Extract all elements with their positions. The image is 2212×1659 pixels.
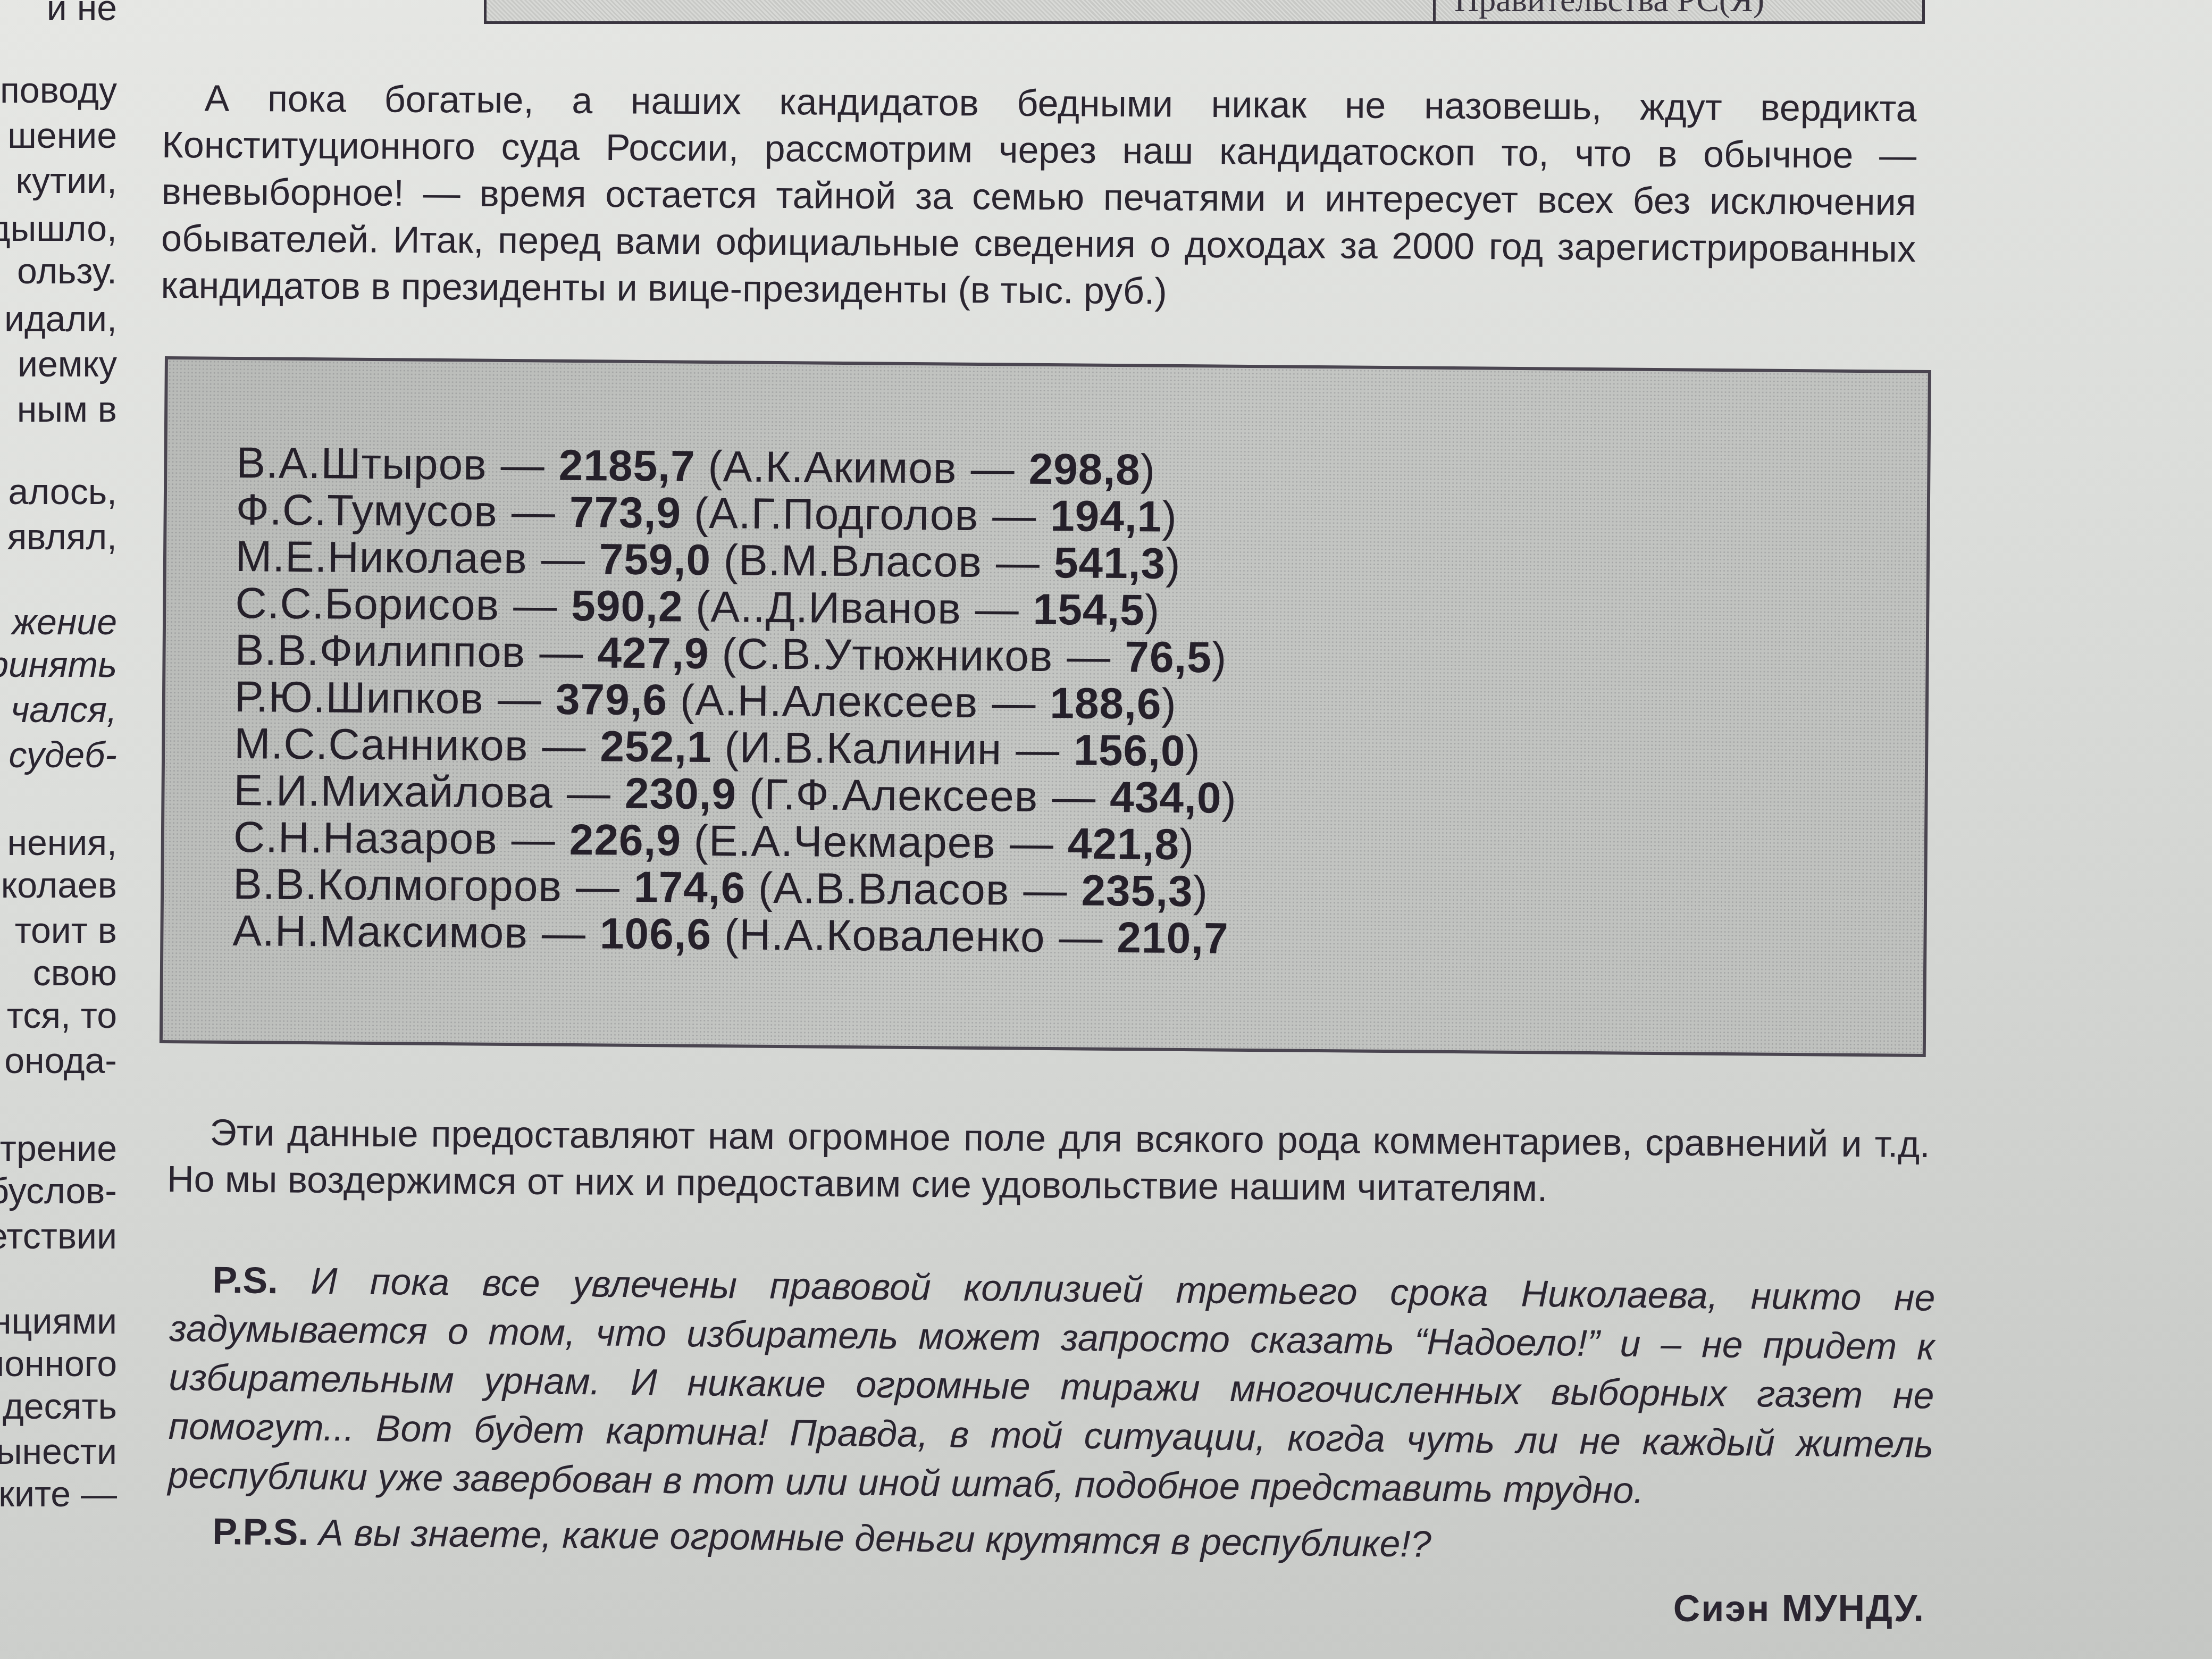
candidate-income: 226,9	[569, 816, 681, 865]
left-column-line: десять	[3, 1385, 117, 1428]
dash: —	[992, 492, 1037, 540]
vice-open: (	[709, 630, 737, 678]
left-column-line: ките —	[0, 1473, 117, 1515]
left-column-fragment: и неповодушениекутии,дышло,ользу.идали,и…	[0, 0, 122, 1659]
candidate-income: 427,9	[597, 629, 709, 678]
candidate-income: 590,2	[571, 582, 683, 631]
left-column-line: алось,	[9, 471, 117, 513]
vice-name: А.К.Акимов	[723, 442, 957, 492]
vice-close: )	[1162, 493, 1177, 541]
vice-close: )	[1221, 774, 1237, 823]
candidate-income: 759,0	[599, 535, 711, 584]
candidate-name: С.С.Борисов	[235, 579, 500, 630]
table-divider	[1433, 0, 1436, 21]
intro-paragraph: А пока богатые, а наших кандидатов бедны…	[161, 74, 1917, 319]
vice-close: )	[1193, 867, 1208, 916]
outro-paragraph: Эти данные предоставляют нам огромное по…	[167, 1109, 1930, 1214]
vice-open: (	[736, 770, 765, 818]
candidate-name: М.Е.Николаев	[236, 532, 528, 583]
income-table-box: В.А.Штыров—2185,7 (А.К.Акимов—298,8)Ф.С.…	[160, 356, 1931, 1057]
candidate-name: С.Н.Назаров	[233, 813, 498, 864]
candidate-income: 773,9	[569, 488, 682, 538]
vice-open: (	[695, 442, 723, 491]
left-column-line: онода-	[4, 1040, 117, 1082]
dash: —	[541, 536, 585, 583]
vice-open: (	[711, 723, 740, 772]
vice-close: )	[1179, 820, 1195, 869]
left-column-line: шение	[7, 114, 117, 157]
vice-name: В.М.Власов	[739, 536, 982, 586]
author-signature: Сиэн МУНДУ.	[1673, 1587, 1925, 1630]
left-column-line: нциями	[0, 1300, 117, 1343]
dash: —	[992, 680, 1036, 727]
dash: —	[1010, 820, 1054, 868]
dash: —	[539, 630, 584, 677]
dash: —	[512, 489, 556, 536]
dash: —	[498, 676, 542, 723]
vice-open: (	[667, 676, 696, 724]
left-column-line: являл,	[7, 516, 117, 558]
left-column-line: и не	[47, 0, 117, 29]
left-column-line: идали,	[4, 298, 117, 340]
left-column-line: колаев	[1, 864, 117, 907]
vice-open: (	[681, 489, 709, 538]
left-column-line: нения,	[7, 822, 117, 864]
ps-label: P.S.	[212, 1259, 278, 1301]
vice-name: Г.Ф.Алексеев	[764, 770, 1038, 821]
candidate-income: 230,9	[625, 769, 737, 819]
candidate-income: 106,6	[600, 909, 712, 959]
vice-name: С.В.Утюжников	[736, 630, 1053, 681]
vice-close: )	[1161, 680, 1177, 728]
vice-name: А.Н.Алексеев	[695, 676, 978, 727]
left-column-line: ным в	[17, 388, 117, 431]
dash: —	[996, 539, 1041, 586]
left-column-line: ользу.	[17, 250, 117, 292]
vice-open: (	[683, 583, 711, 631]
candidate-name: Ф.С.Тумусов	[236, 485, 498, 536]
candidate-income: 379,6	[556, 675, 668, 725]
vice-income: 76,5	[1125, 633, 1212, 682]
vice-income: 421,8	[1068, 819, 1180, 869]
vice-open: (	[745, 864, 774, 912]
dash: —	[970, 446, 1015, 493]
vice-close: )	[1145, 586, 1160, 634]
dash: —	[542, 910, 586, 958]
header-table-strip: Правительства РС(Я)	[484, 0, 1925, 24]
dash: —	[576, 864, 621, 911]
pps-label: P.P.S.	[212, 1511, 308, 1553]
pps-text: А вы знаете, какие огромные деньги крутя…	[319, 1512, 1431, 1565]
left-column-line: трение	[0, 1127, 117, 1170]
candidate-income: 174,6	[634, 863, 746, 912]
vice-income: 194,1	[1050, 492, 1162, 541]
candidate-name: В.В.Филиппов	[234, 626, 525, 676]
candidate-name: Р.Ю.Шипков	[234, 673, 484, 723]
candidate-name: Е.И.Михайлова	[233, 766, 553, 817]
vice-close: )	[1166, 540, 1181, 588]
candidate-name: М.С.Санников	[234, 719, 529, 770]
dash: —	[567, 770, 611, 817]
pps-paragraph: P.P.S. А вы знаете, какие огромные деньг…	[170, 1507, 1935, 1573]
left-column-line: жение	[12, 601, 117, 643]
vice-income: 154,5	[1033, 585, 1145, 635]
dash: —	[1067, 633, 1111, 681]
left-column-line: етствии	[0, 1215, 117, 1258]
vice-income: 298,8	[1028, 445, 1141, 495]
vice-income: 434,0	[1110, 773, 1222, 823]
vice-open: (	[681, 817, 709, 865]
left-column-line: тоит в	[15, 909, 117, 952]
vice-open: (	[711, 910, 740, 959]
left-column-line: поводу	[0, 69, 117, 112]
ps-text: И пока все увлечены правовой коллизией т…	[167, 1260, 1935, 1511]
vice-income: 235,3	[1081, 867, 1193, 916]
candidate-name: В.В.Колмогоров	[233, 860, 563, 911]
vice-name: А.Г.Подголов	[709, 489, 979, 540]
dash: —	[500, 442, 545, 489]
dash: —	[975, 586, 1019, 633]
dash: —	[1059, 914, 1103, 961]
vice-income: 156,0	[1074, 726, 1186, 775]
ps-paragraph: P.S. И пока все увлечены правовой коллиз…	[167, 1255, 1935, 1518]
left-column-line: ринять	[0, 643, 117, 686]
vice-income: 541,3	[1054, 539, 1166, 588]
left-column-line: чался,	[11, 689, 117, 731]
left-column-line: свою	[33, 952, 117, 994]
dash: —	[511, 816, 556, 864]
left-column-line: иемку	[18, 343, 117, 386]
vice-name: Е.А.Чекмарев	[709, 817, 996, 867]
dash: —	[1023, 867, 1068, 915]
vice-income: 210,7	[1117, 914, 1229, 963]
vice-name: А.В.Власов	[773, 864, 1010, 914]
header-strip-text: Правительства РС(Я)	[1454, 0, 1764, 16]
vice-close: )	[1140, 446, 1155, 494]
candidate-income: 2185,7	[558, 441, 696, 491]
left-column-line: дышло,	[0, 207, 117, 250]
vice-open: (	[711, 536, 739, 584]
dash: —	[513, 582, 558, 630]
vice-close: )	[1185, 727, 1201, 775]
vice-close: )	[1212, 633, 1227, 682]
income-row: А.Н.Максимов—106,6 (Н.А.Коваленко—210,7	[232, 908, 1236, 962]
vice-income: 188,6	[1050, 679, 1162, 728]
left-column-line: кутии,	[15, 160, 117, 202]
candidate-name: А.Н.Максимов	[232, 907, 528, 957]
dash: —	[1052, 774, 1096, 821]
candidate-name: В.А.Штыров	[236, 439, 487, 489]
vice-name: Н.А.Коваленко	[739, 911, 1045, 962]
dash: —	[1016, 727, 1060, 774]
vice-name: И.В.Калинин	[739, 724, 1002, 774]
vice-name: А..Д.Иванов	[710, 583, 961, 633]
left-column-line: ынести	[0, 1430, 117, 1473]
left-column-line: судеб-	[9, 734, 117, 776]
candidate-income: 252,1	[600, 722, 712, 772]
left-column-line: ионного	[0, 1343, 117, 1385]
left-column-line: тся, то	[7, 994, 117, 1037]
income-list: В.А.Штыров—2185,7 (А.К.Акимов—298,8)Ф.С.…	[232, 440, 1239, 962]
left-column-line: буслов-	[0, 1170, 117, 1212]
dash: —	[542, 723, 586, 770]
